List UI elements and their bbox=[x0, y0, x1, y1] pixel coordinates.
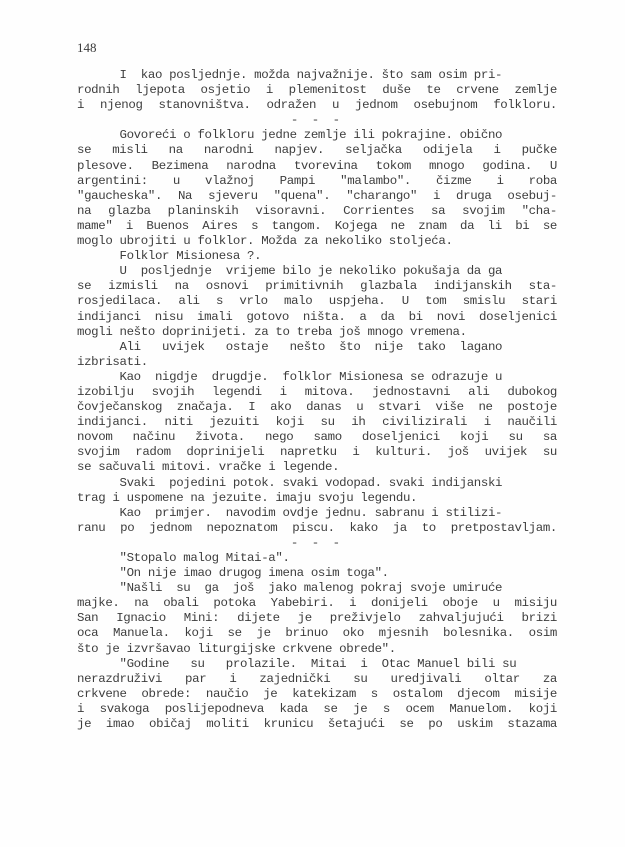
text-line: što je izvršavao liturgijske crkvene obr… bbox=[77, 642, 557, 657]
text-line: Ali uvijek ostaje nešto što nije tako la… bbox=[77, 340, 557, 355]
text-line: indijanci nisu imali gotovo ništa. a da … bbox=[77, 310, 557, 325]
text-line: Kao nigdje drugdje. folklor Misionesa se… bbox=[77, 370, 557, 385]
text-line: I kao posljednje. možda najvažnije. što … bbox=[77, 68, 557, 83]
text-line: izbrisati. bbox=[77, 355, 557, 370]
text-line: argentini: u vlažnoj Pampi "malambo". či… bbox=[77, 174, 557, 189]
text-line: i njenog stanovništva. odražen u jednom … bbox=[77, 98, 557, 113]
text-line: se misli na narodni napjev. seljačka odi… bbox=[77, 143, 557, 158]
text-line: majke. na obali potoka Yabebiri. i donij… bbox=[77, 596, 557, 611]
text-line: se sačuvali mitovi. vračke i legende. bbox=[77, 460, 557, 475]
text-line: Govoreći o folkloru jedne zemlje ili pok… bbox=[77, 128, 557, 143]
text-line: ranu po jednom nepoznatom piscu. kako ja… bbox=[77, 521, 557, 536]
document-page: 148 I kao posljednje. možda najvažnije. … bbox=[0, 0, 625, 847]
text-line: na glazba planinskih visoravni. Corrient… bbox=[77, 204, 557, 219]
text-line: "Našli su ga još jako malenog pokraj svo… bbox=[77, 581, 557, 596]
section-separator: - - - bbox=[77, 113, 557, 128]
text-line: moglo ubrojiti u folklor. Možda za nekol… bbox=[77, 234, 557, 249]
text-line: "On nije imao drugog imena osim toga". bbox=[77, 566, 557, 581]
text-line: mogli nešto doprinijeti. za to treba još… bbox=[77, 325, 557, 340]
text-line: rodnih ljepota osjetio i plemenitost duš… bbox=[77, 83, 557, 98]
text-line: indijanci. niti jezuiti koji su ih civil… bbox=[77, 415, 557, 430]
text-line: "gaucheska". Na sjeveru "quena". "charan… bbox=[77, 189, 557, 204]
text-line: nerazdruživi par i zajednički su uredjiv… bbox=[77, 672, 557, 687]
text-line: Folklor Misionesa ?. bbox=[77, 249, 557, 264]
text-line: trag i uspomene na jezuite. imaju svoju … bbox=[77, 491, 557, 506]
text-line: svojim radom doprinijeli napretku i kult… bbox=[77, 445, 557, 460]
text-line: U posljednje vrijeme bilo je nekoliko po… bbox=[77, 264, 557, 279]
page-number: 148 bbox=[77, 40, 97, 56]
text-line: Kao primjer. navodim ovdje jednu. sabran… bbox=[77, 506, 557, 521]
text-line: oca Manuela. koji se je brinuo oko mjesn… bbox=[77, 626, 557, 641]
text-line: je imao običaj moliti krunicu šetajući s… bbox=[77, 717, 557, 732]
text-line: rosjedilaca. ali s vrlo malo uspjeha. U … bbox=[77, 294, 557, 309]
text-line: San Ignacio Mini: dijete je preživjelo z… bbox=[77, 611, 557, 626]
text-line: plesove. Bezimena narodna tvorevina toko… bbox=[77, 159, 557, 174]
text-line: izobilju svojih legendi i mitova. jednos… bbox=[77, 385, 557, 400]
text-line: "Stopalo malog Mitai-a". bbox=[77, 551, 557, 566]
text-line: novom načinu života. nego samo doseljeni… bbox=[77, 430, 557, 445]
text-line: i svakoga poslijepodneva kada se je s oc… bbox=[77, 702, 557, 717]
text-line: crkvene obrede: naučio je katekizam s os… bbox=[77, 687, 557, 702]
text-line: "Godine su prolazile. Mitai i Otac Manue… bbox=[77, 657, 557, 672]
section-separator: - - - bbox=[77, 536, 557, 551]
body-text: I kao posljednje. možda najvažnije. što … bbox=[77, 68, 557, 732]
text-line: se izmisli na osnovi primitivnih glazbal… bbox=[77, 279, 557, 294]
text-line: Svaki pojedini potok. svaki vodopad. sva… bbox=[77, 476, 557, 491]
text-line: čovječanskog značaja. I ako danas u stva… bbox=[77, 400, 557, 415]
text-line: mame" i Buenos Aires s tangom. Kojega ne… bbox=[77, 219, 557, 234]
